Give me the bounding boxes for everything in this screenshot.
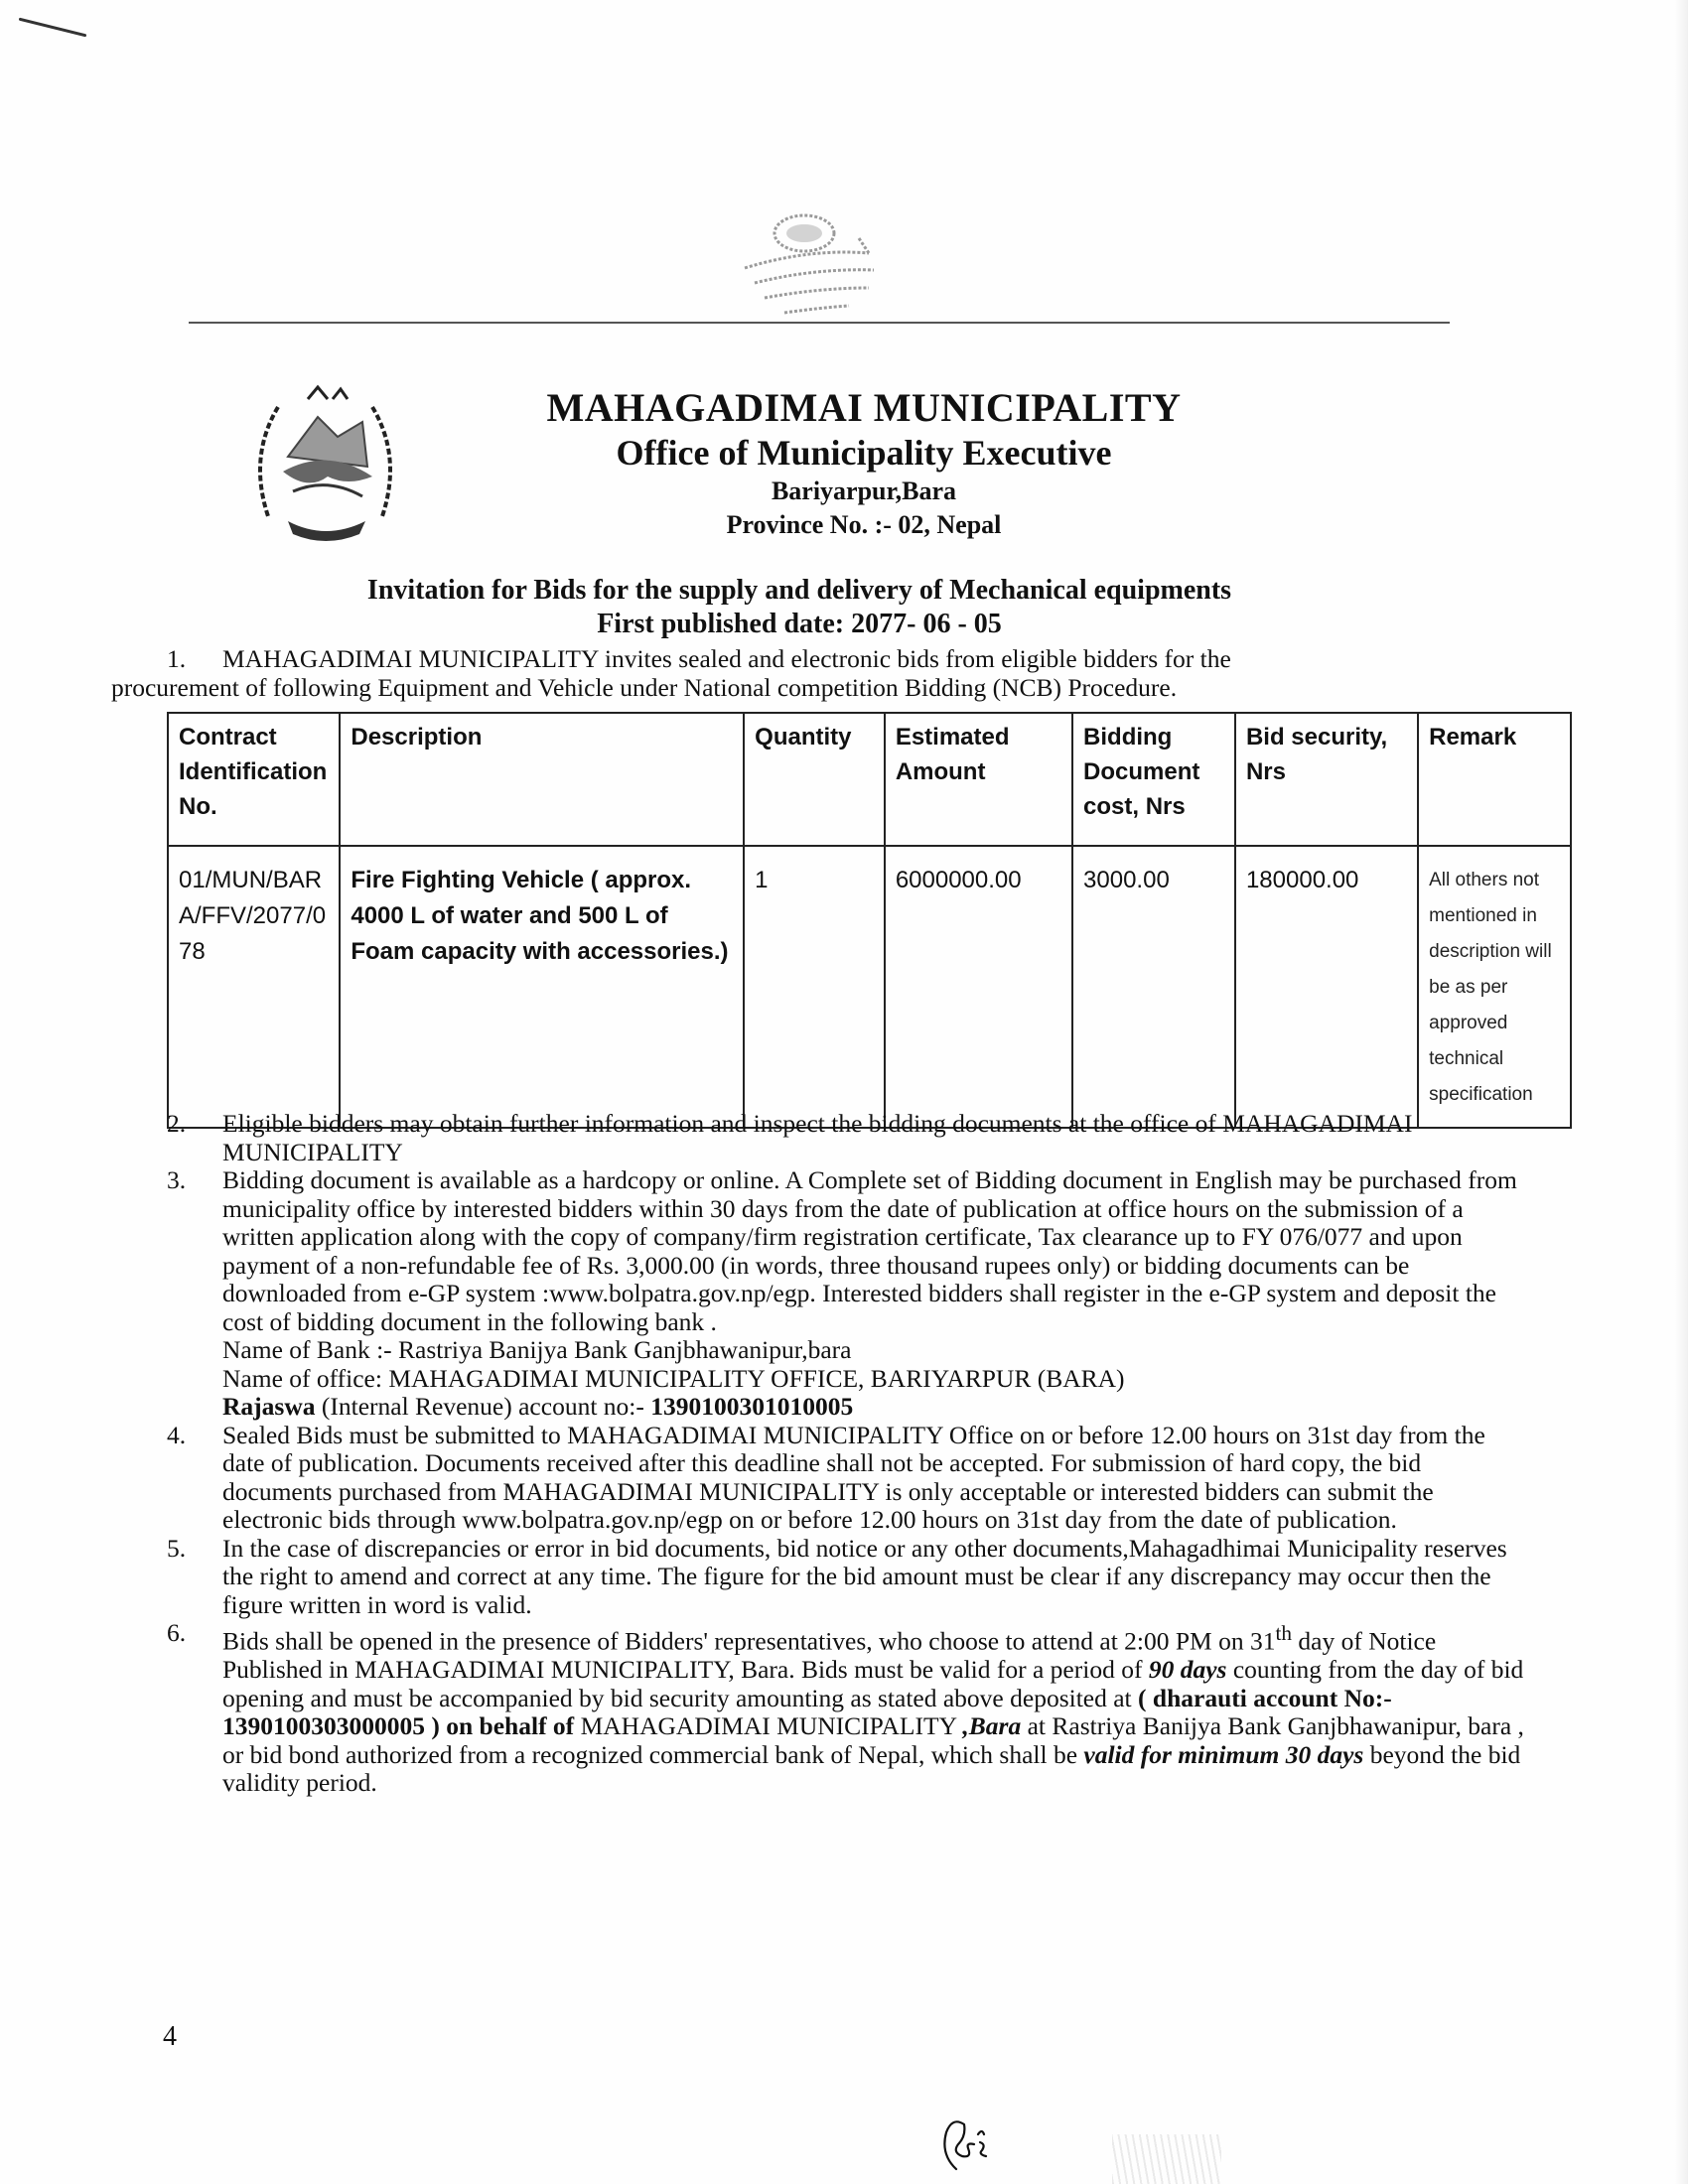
col-quantity: Quantity (744, 713, 885, 846)
paragraph-text: MAHAGADIMAI MUNICIPALITY invites sealed … (222, 645, 1527, 674)
nepal-emblem-icon (238, 377, 412, 551)
cell-contract-id: 01/MUN/BARA/FFV/2077/078 (168, 846, 340, 1128)
notice-body-continued: 2. Eligible bidders may obtain further i… (167, 1110, 1527, 1798)
col-remark: Remark (1418, 713, 1571, 846)
published-date: First published date: 2077- 06 - 05 (179, 608, 1420, 641)
cell-document-cost: 3000.00 (1072, 846, 1235, 1128)
revenue-account-number: 1390100301010005 (650, 1392, 853, 1421)
paragraph-3: 3. Bidding document is available as a ha… (167, 1166, 1527, 1422)
paragraph-number: 6. (167, 1619, 222, 1798)
account-label-rest: (Internal Revenue) account no:- (316, 1392, 651, 1421)
col-estimated-amount: Estimated Amount (885, 713, 1072, 846)
paragraph-number: 1. (167, 645, 222, 674)
page-edge-shadow (1674, 0, 1688, 2184)
cell-remark: All others not mentioned in description … (1418, 846, 1571, 1128)
col-contract-id: Contract Identification No. (168, 713, 340, 846)
office-name: Office of Municipality Executive (417, 431, 1311, 475)
col-bid-security: Bid security, Nrs (1235, 713, 1418, 846)
cell-description: Fire Fighting Vehicle ( approx. 4000 L o… (340, 846, 744, 1128)
organization-name: MAHAGADIMAI MUNICIPALITY (417, 385, 1311, 431)
paragraph-2: 2. Eligible bidders may obtain further i… (167, 1110, 1527, 1166)
notice-title: Invitation for Bids for the supply and d… (179, 574, 1420, 608)
notice-title-block: Invitation for Bids for the supply and d… (179, 574, 1420, 641)
header-rule (189, 322, 1450, 324)
paragraph-number: 3. (167, 1166, 222, 1422)
paragraph-text: Eligible bidders may obtain further info… (222, 1110, 1527, 1166)
bid-validity-period: 90 days (1149, 1655, 1227, 1684)
paragraph-number: 2. (167, 1110, 222, 1166)
signature-mark (938, 2115, 1008, 2174)
paragraph-text: In the case of discrepancies or error in… (222, 1535, 1527, 1620)
col-description: Description (340, 713, 744, 846)
cell-bid-security: 180000.00 (1235, 846, 1418, 1128)
paragraph-1: 1. MAHAGADIMAI MUNICIPALITY invites seal… (167, 645, 1527, 674)
ordinal-suffix: th (1275, 1621, 1292, 1645)
notice-body: 1. MAHAGADIMAI MUNICIPALITY invites seal… (167, 645, 1527, 702)
address-line-1: Bariyarpur,Bara (417, 475, 1311, 508)
letterhead: MAHAGADIMAI MUNICIPALITY Office of Munic… (417, 385, 1311, 542)
municipality-seal-icon (720, 199, 899, 328)
paragraph-6: 6. Bids shall be opened in the presence … (167, 1619, 1527, 1798)
p6-part1: Bids shall be opened in the presence of … (222, 1627, 1275, 1656)
bid-table: Contract Identification No. Description … (167, 712, 1572, 1129)
office-name-line: Name of office: MAHAGADIMAI MUNICIPALITY… (222, 1364, 1125, 1393)
paragraph-text: Sealed Bids must be submitted to MAHAGAD… (222, 1422, 1527, 1535)
paragraph-text: Bids shall be opened in the presence of … (222, 1619, 1527, 1798)
table-row: 01/MUN/BARA/FFV/2077/078 Fire Fighting V… (168, 846, 1571, 1128)
account-label: Rajaswa (222, 1392, 316, 1421)
paragraph-text: Bidding document is available as a hardc… (222, 1166, 1527, 1422)
scan-mark (19, 18, 87, 38)
document-page: MAHAGADIMAI MUNICIPALITY Office of Munic… (0, 0, 1688, 2184)
cell-quantity: 1 (744, 846, 885, 1128)
col-document-cost: Bidding Document cost, Nrs (1072, 713, 1235, 846)
paragraph-1-line-2: procurement of following Equipment and V… (111, 674, 1527, 703)
page-number: 4 (163, 2021, 177, 2053)
cell-estimated-amount: 6000000.00 (885, 846, 1072, 1128)
paragraph-4: 4. Sealed Bids must be submitted to MAHA… (167, 1422, 1527, 1535)
paragraph-3-body: Bidding document is available as a hardc… (222, 1165, 1517, 1336)
paragraph-5: 5. In the case of discrepancies or error… (167, 1535, 1527, 1620)
address-line-2: Province No. :- 02, Nepal (417, 508, 1311, 542)
security-validity: valid for minimum 30 days (1083, 1740, 1363, 1769)
p6-bara: ,Bara (962, 1711, 1021, 1740)
table-header-row: Contract Identification No. Description … (168, 713, 1571, 846)
paragraph-number: 4. (167, 1422, 222, 1535)
paragraph-text: procurement of following Equipment and V… (111, 673, 1177, 702)
p6-part4: MAHAGADIMAI MUNICIPALITY (574, 1711, 962, 1740)
faded-stamp (1112, 2134, 1221, 2184)
bank-name-line: Name of Bank :- Rastriya Banijya Bank Ga… (222, 1335, 851, 1364)
paragraph-number: 5. (167, 1535, 222, 1620)
